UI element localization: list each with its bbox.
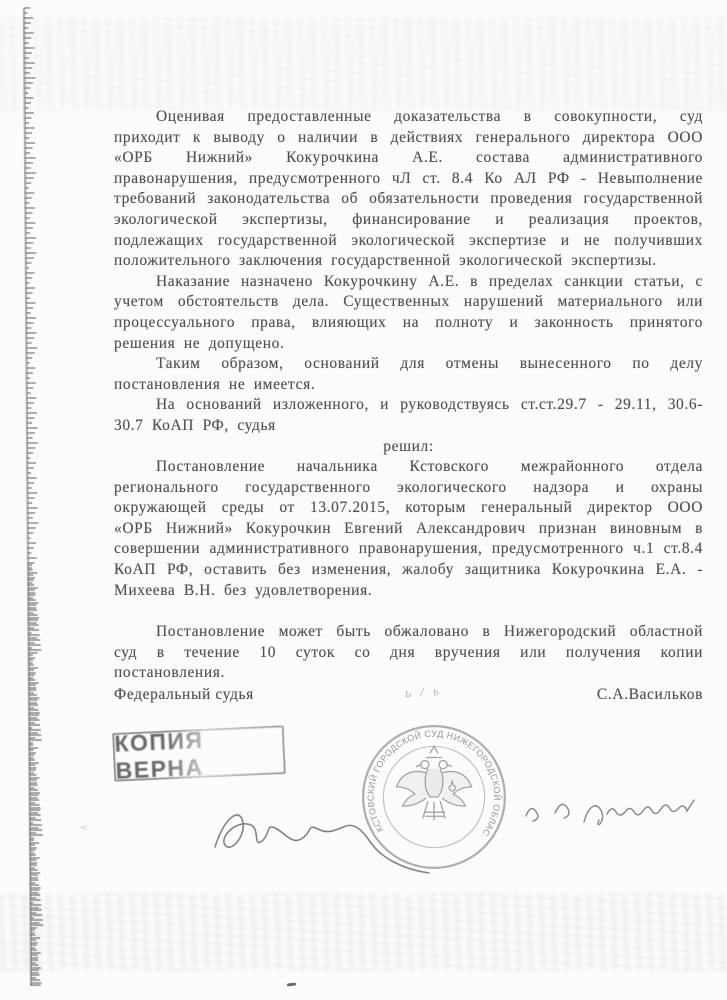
- paragraph-order: Постановление начальника Кстовского межр…: [114, 457, 703, 601]
- document-body: Оценивая предоставленные доказательства …: [114, 107, 703, 684]
- vasilkov-handwritten-signature: [512, 778, 717, 844]
- copy-verified-stamp: КОПИЯ ВЕРНА: [112, 725, 286, 782]
- binding-edge: [0, 0, 60, 1000]
- judge-name: С.А.Васильков: [597, 686, 703, 704]
- stray-pen-mark: <: [81, 822, 87, 834]
- paragraph-appeal: Постановление может быть обжаловано в Ни…: [114, 622, 703, 684]
- paragraph-no-grounds: Таким образом, оснований для отмены выне…: [114, 354, 703, 395]
- paragraph-legal-basis: На оснований изложенного, и руководствуя…: [114, 395, 703, 436]
- judge-handwritten-signature: [205, 785, 465, 880]
- handwritten-initials: ь / ь: [404, 683, 442, 702]
- scanned-document-page: Оценивая предоставленные доказательства …: [0, 0, 727, 1000]
- paragraph-assessment: Оценивая предоставленные доказательства …: [114, 107, 703, 272]
- judge-title: Федеральный судья: [114, 686, 254, 704]
- scan-noise-top: [0, 18, 727, 110]
- copy-stamp-label: КОПИЯ ВЕРНА: [114, 723, 284, 785]
- bottom-ink-mark: [287, 983, 296, 987]
- scan-noise-bottom: [0, 893, 727, 971]
- resolution-word: решил:: [114, 437, 703, 458]
- paragraph-penalty: Наказание назначено Кокурочкину А.Е. в п…: [114, 272, 703, 354]
